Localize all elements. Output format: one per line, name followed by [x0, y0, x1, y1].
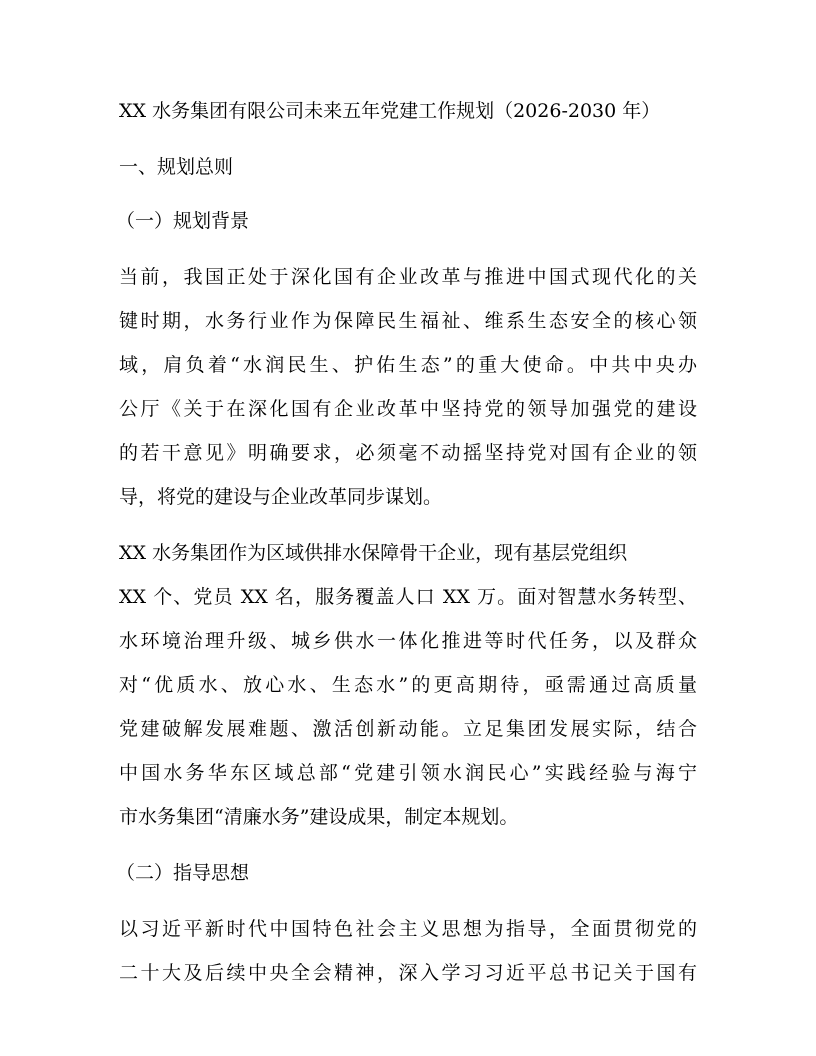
section-heading: 一、规划总则: [119, 155, 233, 179]
paragraph-line: XX 水务集团作为区域供排水保障骨干企业，现有基层党组织: [119, 541, 627, 565]
paragraph-line: 公厅《关于在深化国有企业改革中坚持党的领导加强党的建设: [119, 397, 697, 421]
paragraph-line: 的若干意见》明确要求，必须毫不动摇坚持党对国有企业的领: [119, 441, 697, 465]
document-title: XX 水务集团有限公司未来五年党建工作规划（2026-2030 年）: [119, 99, 660, 123]
paragraph-line: 以习近平新时代中国特色社会主义思想为指导，全面贯彻党的: [119, 917, 697, 941]
subsection-heading: （一）规划背景: [116, 209, 249, 233]
paragraph-line: 二十大及后续中央全会精神，深入学习习近平总书记关于国有: [119, 961, 697, 985]
paragraph-line: 中国水务华东区域总部“党建引领水润民心”实践经验与海宁: [119, 761, 697, 785]
paragraph-line: 市水务集团“清廉水务”建设成果，制定本规划。: [119, 805, 518, 829]
paragraph-line: 键时期，水务行业作为保障民生福祉、维系生态安全的核心领: [119, 309, 697, 333]
paragraph-line: 党建破解发展难题、激活创新动能。立足集团发展实际，结合: [119, 717, 697, 741]
paragraph-line: 对“优质水、放心水、生态水”的更高期待，亟需通过高质量: [119, 673, 697, 697]
document-page: XX 水务集团有限公司未来五年党建工作规划（2026-2030 年） 一、规划总…: [0, 0, 816, 1056]
subsection-heading: （二）指导思想: [116, 861, 249, 885]
paragraph-line: XX 个、党员 XX 名，服务覆盖人口 XX 万。面对智慧水务转型、: [119, 585, 697, 609]
paragraph-line: 水环境治理升级、城乡供水一体化推进等时代任务，以及群众: [119, 629, 697, 653]
paragraph-line: 当前，我国正处于深化国有企业改革与推进中国式现代化的关: [119, 265, 697, 289]
paragraph-line: 域，肩负着“水润民生、护佑生态”的重大使命。中共中央办: [119, 353, 697, 377]
paragraph-line: 导，将党的建设与企业改革同步谋划。: [119, 485, 442, 509]
